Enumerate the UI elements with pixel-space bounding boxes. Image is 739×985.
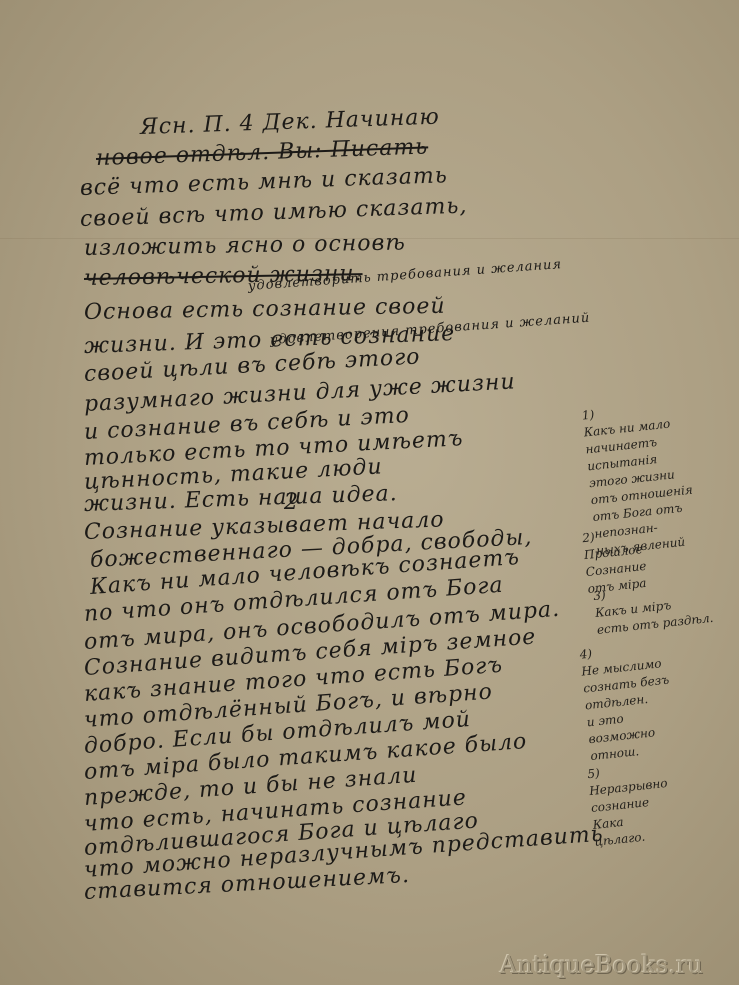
text-line: изложить ясно о основѣ [84, 230, 406, 261]
margin-note-label: 4) [579, 646, 593, 661]
margin-note-text: Неразрывно сознание Кака цѣлаго. [589, 776, 669, 849]
margin-note-label: 1) [581, 407, 595, 422]
watermark: AntiqueBooks.ru [500, 951, 703, 979]
margin-note-label: 3) [593, 588, 607, 603]
manuscript-page: Ясн. П. 4 Дек. Начинаю новое отдѣл. Вы: … [0, 0, 739, 985]
text-line: Основа есть сознание своей [84, 294, 446, 325]
margin-note-label: 2) [582, 530, 596, 545]
margin-note-5: 5) Неразрывно сознание Кака цѣлаго. [585, 741, 674, 851]
margin-note-label: 5) [587, 766, 601, 781]
text-line: своей всѣ что имѣю сказать, [80, 193, 468, 232]
section-number: 2 [284, 490, 298, 515]
